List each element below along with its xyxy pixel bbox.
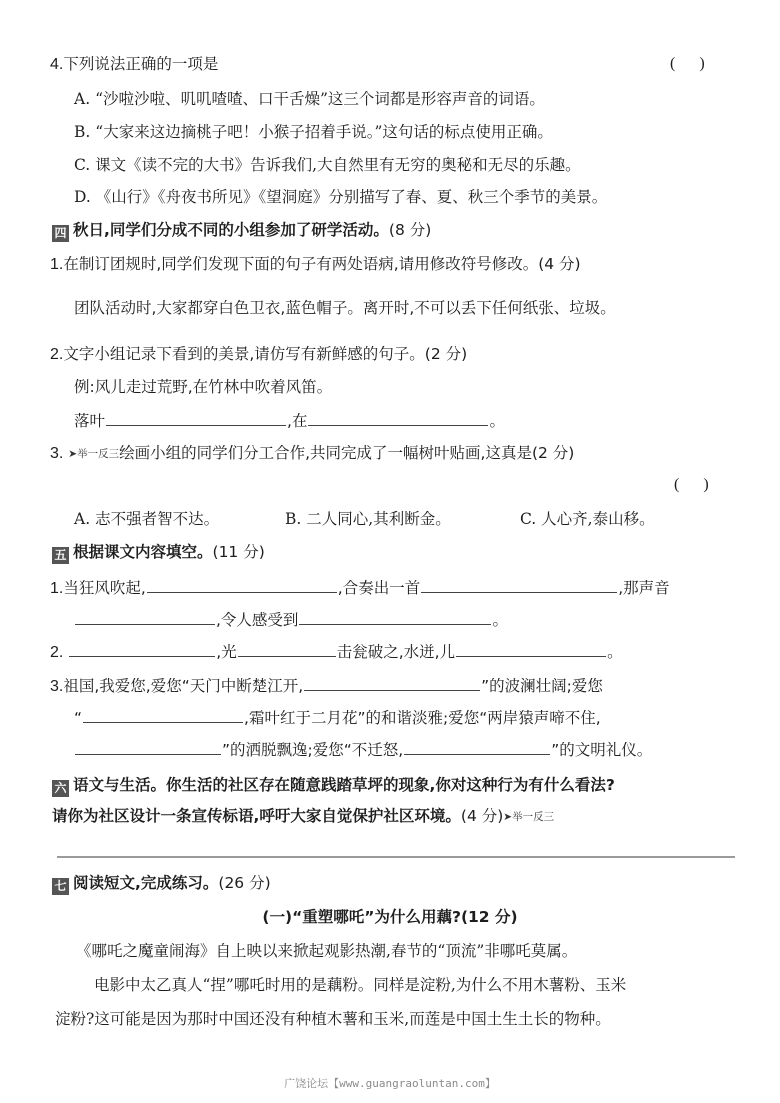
fill-blank[interactable] <box>238 640 336 657</box>
fill-blank[interactable] <box>75 608 215 625</box>
passage-paragraph: 淀粉?这可能是因为那时中国还没有种植木薯和玉米,而莲是中国土生土长的物种。 <box>55 1008 611 1030</box>
section4-q3: 3. ➤举一反三绘画小组的同学们分工合作,共同完成了一幅树叶贴画,这真是(2 分… <box>50 442 574 465</box>
section4-q1: 1.在制订团规时,同学们发现下面的句子有两处语病,请用修改符号修改。(4 分) <box>50 253 581 276</box>
watermark: 广饶论坛【www.guangraoluntan.com】 <box>0 1075 780 1091</box>
fill-blank[interactable] <box>308 409 488 426</box>
fill-blank[interactable] <box>421 576 617 593</box>
q4-answer-paren[interactable]: ( ) <box>670 53 705 75</box>
section4-q3-option-b: B. 二人同心,其利断金。 <box>285 508 451 530</box>
q4-option-d: D. 《山行》《舟夜书所见》《望洞庭》分别描写了春、夏、秋三个季节的美景。 <box>74 186 607 208</box>
section5-q3-line3: ”的洒脱飘逸;爱您“不迁怒,”的文明礼仪。 <box>74 738 652 761</box>
section7-heading: 七阅读短文,完成练习。(26 分) <box>52 872 271 895</box>
passage-paragraph: 电影中太乙真人“捏”哪吒时用的是藕粉。同样是淀粉,为什么不用木薯粉、玉米 <box>94 974 626 996</box>
section4-q2-fill: 落叶,在。 <box>74 409 505 432</box>
q4-option-a: A. “沙啦沙啦、叽叽喳喳、口干舌燥”这三个词都是形容声音的词语。 <box>74 88 545 110</box>
fill-blank[interactable] <box>147 576 337 593</box>
q4-stem: 4.下列说法正确的一项是 <box>50 53 218 76</box>
section7-subtitle: (一)“重塑哪吒”为什么用藕?(12 分) <box>0 906 780 928</box>
fill-blank[interactable] <box>83 706 243 723</box>
fill-blank[interactable] <box>304 674 480 691</box>
q4-option-b: B. “大家来这边摘桃子吧！小猴子招着手说。”这句话的标点使用正确。 <box>74 121 553 143</box>
fill-blank[interactable] <box>299 608 491 625</box>
section5-heading: 五根据课文内容填空。(11 分) <box>52 541 265 564</box>
section4-heading: 四秋日,同学们分成不同的小组参加了研学活动。(8 分) <box>52 219 431 242</box>
section-badge: 六 <box>52 780 69 797</box>
fill-blank[interactable] <box>456 640 606 657</box>
practice-tag: ➤举一反三 <box>503 811 554 823</box>
q4-option-c: C. 课文《读不完的大书》告诉我们,大自然里有无穷的奥秘和无尽的乐趣。 <box>74 154 581 176</box>
section-badge: 四 <box>52 225 69 242</box>
section-badge: 五 <box>52 547 69 564</box>
section-badge: 七 <box>52 878 69 895</box>
section4-q3-option-c: C. 人心齐,泰山移。 <box>520 508 655 530</box>
fill-blank[interactable] <box>106 409 286 426</box>
practice-tag: ➤举一反三 <box>68 448 119 460</box>
section5-q1-line2: ,令人感受到。 <box>74 608 508 631</box>
section5-q2: 2. ,光击瓮破之,水迸,儿。 <box>50 640 623 664</box>
section5-q3-line1: 3.祖国,我爱您,爱您“天门中断楚江开,”的波澜壮阔;爱您 <box>50 674 603 698</box>
fill-blank[interactable] <box>75 738 221 755</box>
fill-blank[interactable] <box>404 738 550 755</box>
passage-paragraph: 《哪吒之魔童闹海》自上映以来掀起观影热潮,春节的“顶流”非哪吒莫属。 <box>76 940 577 962</box>
fill-blank[interactable] <box>69 640 215 657</box>
section5-q1-line1: 1.当狂风吹起,,合奏出一首,那声音 <box>50 576 670 600</box>
section-divider <box>57 856 735 858</box>
section4-q3-answer-paren[interactable]: ( ) <box>674 474 709 496</box>
section4-q3-option-a: A. 志不强者智不达。 <box>74 508 219 530</box>
section6-heading: 六语文与生活。你生活的社区存在随意践踏草坪的现象,你对这种行为有什么看法? <box>52 774 615 797</box>
section6-line2: 请你为社区设计一条宣传标语,呼吁大家自觉保护社区环境。(4 分)➤举一反三 <box>52 805 554 828</box>
section4-q2-example: 例:风儿走过荒野,在竹林中吹着风笛。 <box>74 376 332 398</box>
section5-q3-line2: “,霜叶红于二月花”的和谐淡雅;爱您“两岸猿声啼不住, <box>74 706 601 729</box>
section4-q1-sentence: 团队活动时,大家都穿白色卫衣,蓝色帽子。离开时,不可以丢下任何纸张、垃圾。 <box>74 297 616 319</box>
section4-q2: 2.文字小组记录下看到的美景,请仿写有新鲜感的句子。(2 分) <box>50 343 467 366</box>
